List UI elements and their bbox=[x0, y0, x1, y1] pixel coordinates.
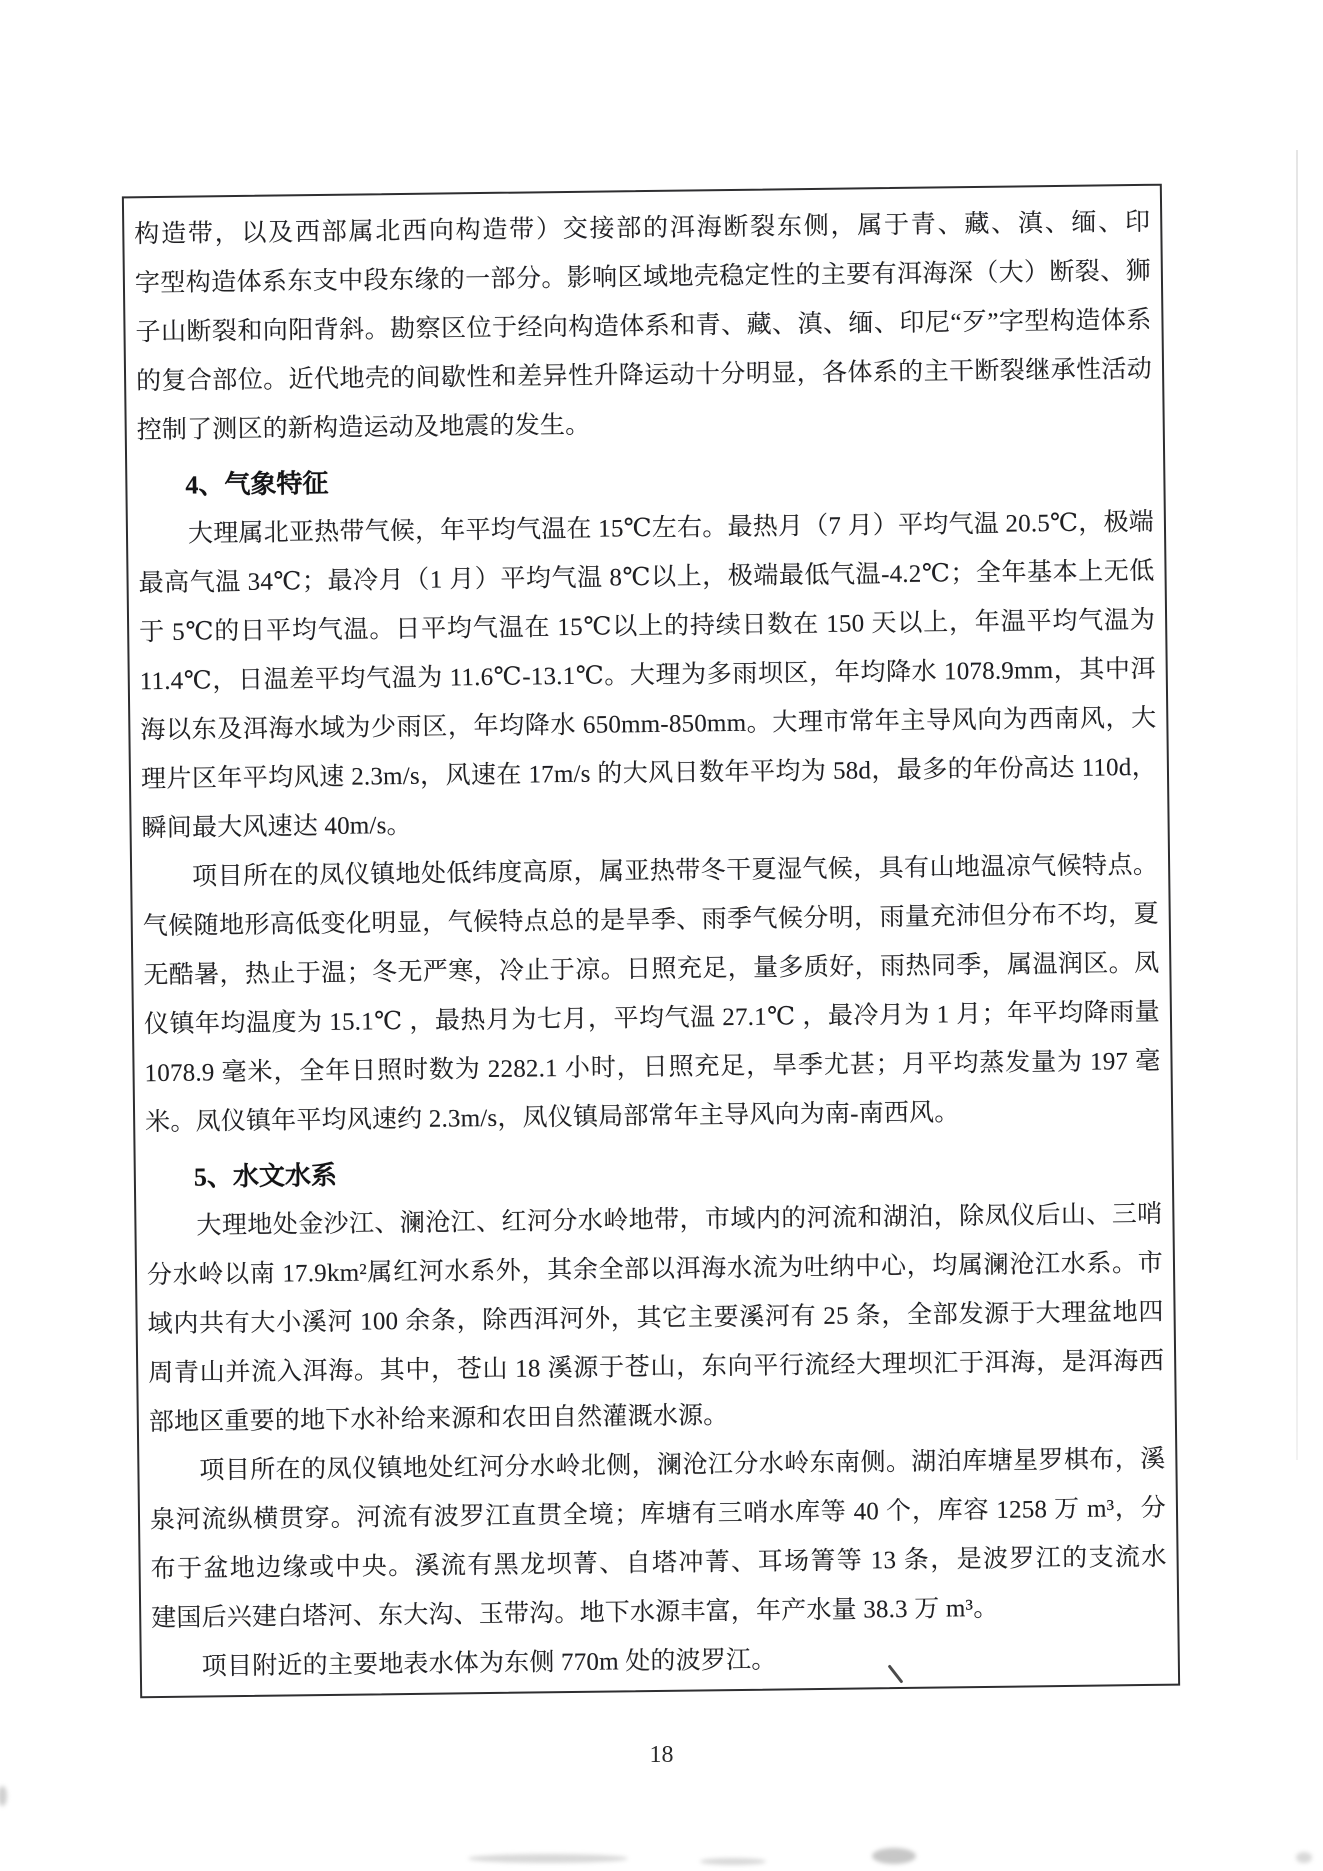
document-border-box: 构造带，以及西部属北西向构造带）交接部的洱海断裂东侧，属于青、藏、滇、缅、印尼“… bbox=[122, 184, 1180, 1699]
paper-edge-shadow bbox=[1296, 150, 1298, 1460]
para-climate-fengyi: 项目所在的凤仪镇地处低纬度高原，属亚热带冬干夏湿气候，具有山地温凉气候特点。 气… bbox=[142, 841, 1162, 1147]
scan-smudge bbox=[468, 1854, 628, 1863]
scanned-document-page: 构造带，以及西部属北西向构造带）交接部的洱海断裂东侧，属于青、藏、滇、缅、印尼“… bbox=[0, 0, 1323, 1871]
para-geology-continued: 构造带，以及西部属北西向构造带）交接部的洱海断裂东侧，属于青、藏、滇、缅、印尼“… bbox=[134, 198, 1153, 455]
para-climate-dali: 大理属北亚热带气候，年平均气温在 15℃左右。最热月（7 月）平均气温 20.5… bbox=[138, 498, 1158, 853]
para-hydrology-dali: 大理地处金沙江、澜沧江、红河分水岭地带，市域内的河流和湖泊，除凤仪后山、三哨 分… bbox=[146, 1190, 1165, 1447]
scan-smudge bbox=[1296, 1852, 1312, 1863]
page-number: 18 bbox=[0, 1742, 1323, 1769]
scan-smudge bbox=[0, 1786, 7, 1806]
scan-smudge bbox=[872, 1848, 916, 1864]
scan-smudge bbox=[700, 1858, 766, 1865]
para-hydrology-fengyi: 项目所在的凤仪镇地处红河分水岭北侧，澜沧江分水岭东南侧。湖泊库塘星罗棋布，溪 泉… bbox=[149, 1435, 1167, 1643]
